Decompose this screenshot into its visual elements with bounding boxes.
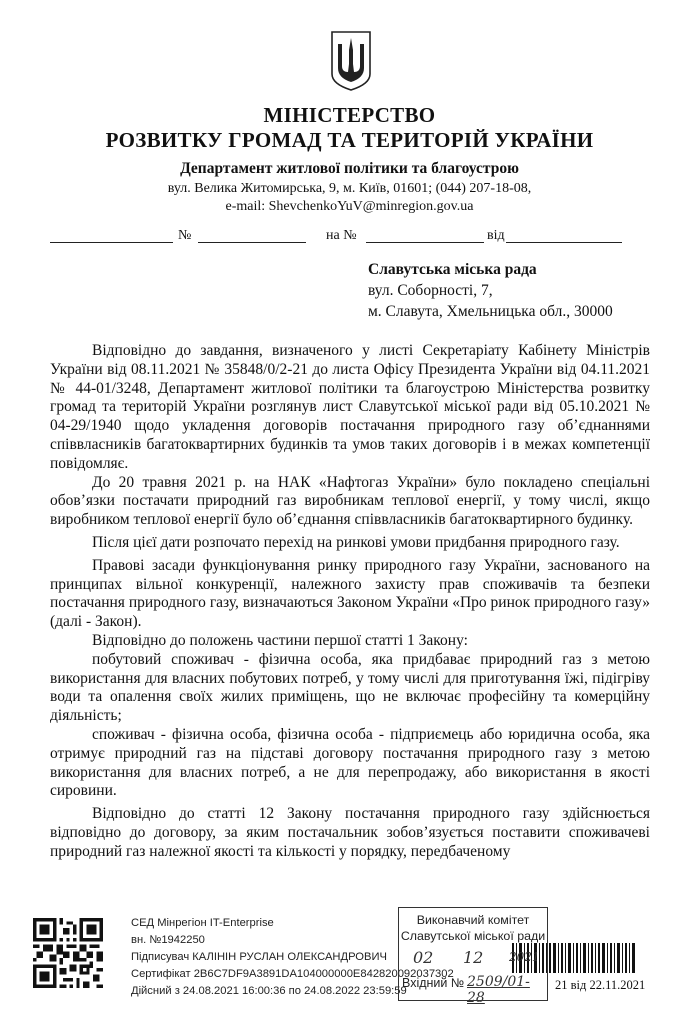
paragraph: побутовий споживач - фізична особа, яка … bbox=[50, 651, 650, 726]
registration-number: 21 від 22.11.2021 bbox=[555, 978, 645, 993]
paragraph: До 20 травня 2021 р. на НАК «Нафтогаз Ук… bbox=[50, 474, 650, 530]
recipient-street: вул. Соборності, 7, bbox=[368, 280, 613, 301]
recipient-block: Славутська міська рада вул. Соборності, … bbox=[368, 259, 613, 322]
stamp-incoming-number: 2509/01-28 bbox=[467, 974, 547, 1006]
paragraph: Відповідно до статті 12 Закону постачанн… bbox=[50, 805, 650, 861]
ministry-title-line1: МІНІСТЕРСТВО bbox=[0, 103, 699, 128]
ukraine-trident-crest-icon bbox=[330, 30, 372, 92]
ministry-title-line2: РОЗВИТКУ ГРОМАД ТА ТЕРИТОРІЙ УКРАЇНИ bbox=[0, 128, 699, 153]
department-name: Департамент житлової політики та благоус… bbox=[0, 160, 699, 178]
incoming-registration-stamp: Виконавчий комітет Славутської міської р… bbox=[398, 907, 548, 1001]
stamp-line1: Виконавчий комітет bbox=[399, 912, 547, 928]
stamp-organization: Виконавчий комітет Славутської міської р… bbox=[399, 912, 547, 944]
qr-code-icon bbox=[33, 918, 103, 988]
recipient-name: Славутська міська рада bbox=[368, 259, 613, 280]
in-reply-label: на № bbox=[326, 228, 357, 244]
paragraph: Відповідно до завдання, визначеного у ли… bbox=[50, 342, 650, 474]
from-label: від bbox=[487, 228, 505, 244]
letter-body: Відповідно до завдання, визначеного у ли… bbox=[50, 342, 650, 862]
stamp-line2: Славутської міської ради bbox=[399, 928, 547, 944]
stamp-year: 2021 bbox=[509, 950, 540, 964]
stamp-incoming-label: Вхідний № bbox=[402, 976, 464, 990]
in-reply-number-blank bbox=[366, 242, 484, 243]
department-email: e-mail: ShevchenkoYuV@minregion.gov.ua bbox=[0, 199, 699, 215]
stamp-day: 02 bbox=[413, 948, 433, 967]
department-address: вул. Велика Житомирська, 9, м. Київ, 016… bbox=[0, 181, 699, 197]
paragraph: Правові засади функціонування ринку прир… bbox=[50, 557, 650, 632]
paragraph: Після цієї дати розпочато перехід на рин… bbox=[50, 534, 650, 553]
outgoing-number-blank bbox=[198, 242, 306, 243]
stamp-month: 12 bbox=[463, 948, 483, 967]
paragraph: споживач - фізична особа, фізична особа … bbox=[50, 726, 650, 801]
outgoing-date-blank bbox=[50, 242, 173, 243]
in-reply-date-blank bbox=[506, 242, 622, 243]
reference-line: № на № від bbox=[50, 228, 660, 246]
recipient-city: м. Славута, Хмельницька обл., 30000 bbox=[368, 301, 613, 322]
number-label: № bbox=[178, 228, 191, 244]
paragraph: Відповідно до положень частини першої ст… bbox=[50, 632, 650, 651]
